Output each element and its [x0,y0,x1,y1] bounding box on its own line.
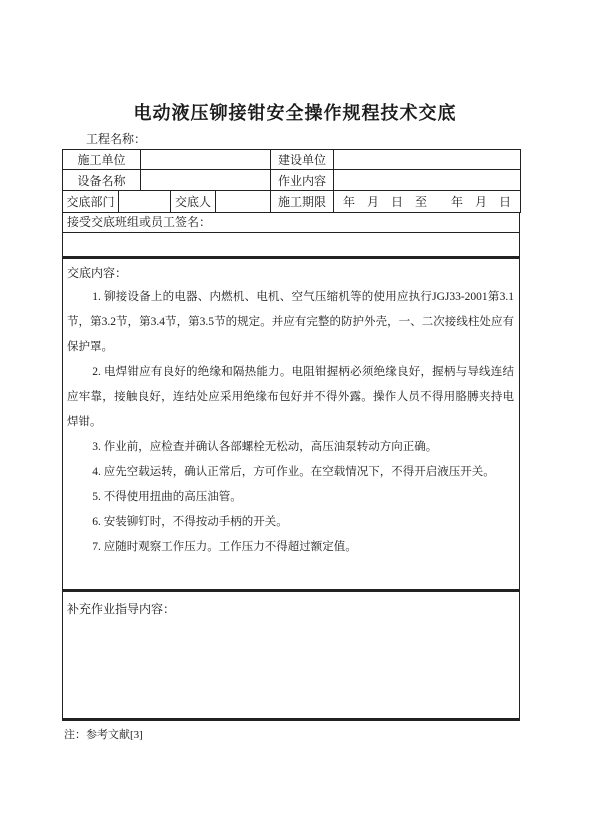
project-name-label: 工程名称： [86,130,146,147]
disclosure-item: 6. 安装铆钉时，不得按动手柄的开关。 [67,510,514,535]
table-row: 交底部门 交底人 施工期限 年 月 日 至 年 月 日 [63,191,521,213]
info-table: 施工单位 建设单位 设备名称 作业内容 交底部门 交底人 施工期限 年 月 日 … [62,149,521,213]
document-title: 电动液压铆接钳安全操作规程技术交底 [0,99,590,125]
disclosure-item: 3. 作业前，应检查并确认各部螺栓无松动，高压油泵转动方向正确。 [67,435,514,460]
supplement-section[interactable]: 补充作业指导内容： [62,592,520,721]
table-row: 设备名称 作业内容 [63,170,521,191]
supplement-label: 补充作业指导内容： [67,600,514,618]
disclosure-content-label: 交底内容： [67,263,514,283]
table-row: 施工单位 建设单位 [63,150,521,170]
building-unit-label: 建设单位 [271,150,334,170]
disclosure-person-label: 交底人 [171,191,216,213]
disclosure-content-section[interactable]: 交底内容： 1. 铆接设备上的电器、内燃机、电机、空气压缩机等的使用应执行JGJ… [62,259,520,592]
work-content-value[interactable] [334,170,521,191]
construction-unit-value[interactable] [141,150,271,170]
signature-row-label: 接受交底班组或员工签名： [62,213,520,233]
equipment-name-value[interactable] [141,170,271,191]
equipment-name-label: 设备名称 [63,170,141,191]
building-unit-value[interactable] [334,150,521,170]
construction-unit-label: 施工单位 [63,150,141,170]
construction-period-label: 施工期限 [271,191,334,213]
disclosure-dept-label: 交底部门 [63,191,119,213]
work-content-label: 作业内容 [271,170,334,191]
disclosure-item: 7. 应随时观察工作压力。工作压力不得超过额定值。 [67,535,514,560]
disclosure-item: 4. 应先空载运转，确认正常后，方可作业。在空载情况下，不得开启液压开关。 [67,460,514,485]
disclosure-dept-value[interactable] [119,191,171,213]
disclosure-person-value[interactable] [216,191,271,213]
disclosure-item: 5. 不得使用扭曲的高压油管。 [67,485,514,510]
construction-period-value[interactable]: 年 月 日 至 年 月 日 [334,191,521,213]
disclosure-item: 1. 铆接设备上的电器、内燃机、电机、空气压缩机等的使用应执行JGJ33-200… [67,285,514,360]
form-container: 施工单位 建设单位 设备名称 作业内容 交底部门 交底人 施工期限 年 月 日 … [62,149,520,721]
reference-note: 注：参考文献[3] [64,726,143,742]
signature-area[interactable] [62,233,520,259]
disclosure-item: 2. 电焊钳应有良好的绝缘和隔热能力。电阻钳握柄必须绝缘良好，握柄与导线连结应牢… [67,360,514,435]
